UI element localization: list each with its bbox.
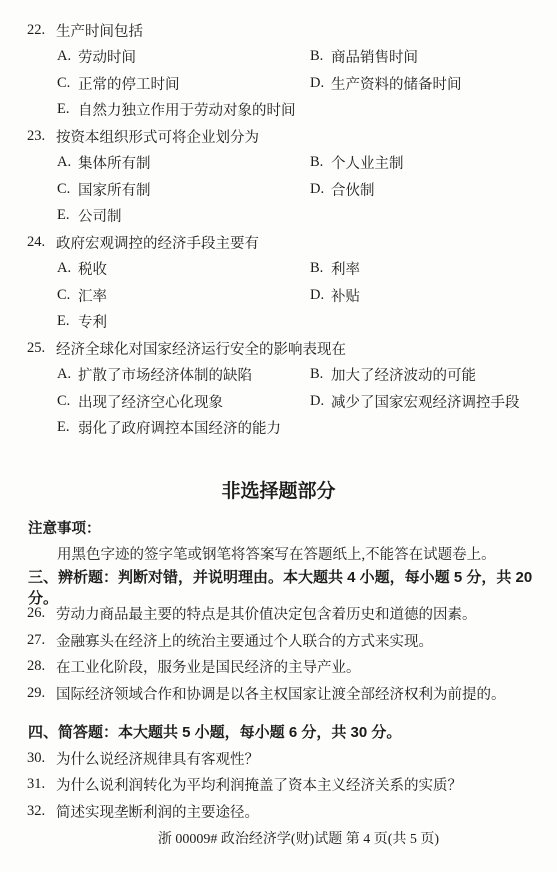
option: D.补贴 xyxy=(310,282,557,309)
item-number: 31. xyxy=(27,776,56,793)
option: B.加大了经济波动的可能 xyxy=(310,362,557,389)
option-label: C. xyxy=(57,75,78,92)
option-text: 弱化了政府调控本国经济的能力 xyxy=(78,417,281,438)
item-number: 30. xyxy=(27,750,56,767)
option-text: 扩散了市场经济体制的缺陷 xyxy=(78,364,252,385)
option: B.个人业主制 xyxy=(310,150,557,177)
item-29: 29.国际经济领域合作和协调是以各主权国家让渡全部经济权利为前提的。 xyxy=(0,680,557,707)
option: A.劳动时间 xyxy=(57,44,310,71)
option-text: 专利 xyxy=(78,311,107,332)
option-text: 商品销售时间 xyxy=(331,46,418,67)
item-27: 27.金融寡头在经济上的统治主要通过个人联合的方式来实现。 xyxy=(0,627,557,654)
item-text: 劳动力商品最主要的特点是其价值决定包含着历史和道德的因素。 xyxy=(56,603,477,624)
item-text: 为什么说经济规律具有客观性？ xyxy=(56,748,259,769)
option-text: 出现了经济空心化现象 xyxy=(78,391,223,412)
option-label: D. xyxy=(310,393,331,410)
option: A.税收 xyxy=(57,256,310,283)
question-number: 25. xyxy=(27,340,56,357)
option-label: D. xyxy=(310,287,331,304)
option-text: 利率 xyxy=(331,258,360,279)
item-30: 30.为什么说经济规律具有客观性？ xyxy=(0,745,557,772)
question-stem: 政府宏观调控的经济手段主要有 xyxy=(56,232,259,253)
option-label: A. xyxy=(57,154,78,171)
option-text: 正常的停工时间 xyxy=(78,73,180,94)
item-28: 28.在工业化阶段，服务业是国民经济的主导产业。 xyxy=(0,654,557,681)
item-number: 29. xyxy=(27,685,56,702)
question-25: 25. 经济全球化对国家经济运行安全的影响表现在 A.扩散了市场经济体制的缺陷 … xyxy=(0,335,557,441)
part4-heading: 四、简答题：本大题共 5 小题，每小题 6 分，共 30 分。 xyxy=(0,719,557,746)
option-text: 集体所有制 xyxy=(78,152,151,173)
option-label: E. xyxy=(57,313,78,330)
page-footer: 浙 00009# 政治经济学(财)试题 第 4 页(共 5 页) xyxy=(0,825,557,852)
options-grid: A.扩散了市场经济体制的缺陷 B.加大了经济波动的可能 C.出现了经济空心化现象… xyxy=(0,362,557,442)
option: C.出现了经济空心化现象 xyxy=(57,388,310,415)
option: E.自然力独立作用于劳动对象的时间 xyxy=(57,97,310,124)
option-label: E. xyxy=(57,101,78,118)
option-label: A. xyxy=(57,260,78,277)
option-text: 加大了经济波动的可能 xyxy=(331,364,476,385)
option-label: C. xyxy=(57,287,78,304)
option-label: D. xyxy=(310,181,331,198)
option-text: 税收 xyxy=(78,258,107,279)
question-stem-row: 25. 经济全球化对国家经济运行安全的影响表现在 xyxy=(0,335,557,362)
question-stem-row: 24. 政府宏观调控的经济手段主要有 xyxy=(0,229,557,256)
question-22: 22. 生产时间包括 A.劳动时间 B.商品销售时间 C.正常的停工时间 D.生… xyxy=(0,17,557,123)
option-label: B. xyxy=(310,48,331,65)
option-text: 个人业主制 xyxy=(331,152,404,173)
item-number: 26. xyxy=(27,605,56,622)
option: A.集体所有制 xyxy=(57,150,310,177)
question-number: 24. xyxy=(27,234,56,251)
option-label: A. xyxy=(57,48,78,65)
question-number: 23. xyxy=(27,128,56,145)
item-number: 28. xyxy=(27,658,56,675)
option: C.国家所有制 xyxy=(57,176,310,203)
notice-text: 用黑色字迹的签字笔或钢笔将答案写在答题纸上,不能答在试题卷上。 xyxy=(0,541,557,568)
item-text: 在工业化阶段，服务业是国民经济的主导产业。 xyxy=(56,656,361,677)
question-stem-row: 23. 按资本组织形式可将企业划分为 xyxy=(0,123,557,150)
option-label: B. xyxy=(310,366,331,383)
question-stem: 经济全球化对国家经济运行安全的影响表现在 xyxy=(56,338,346,359)
option-text: 生产资料的储备时间 xyxy=(331,73,462,94)
options-grid: A.集体所有制 B.个人业主制 C.国家所有制 D.合伙制 E.公司制 xyxy=(0,150,557,230)
question-stem: 按资本组织形式可将企业划分为 xyxy=(56,126,259,147)
option: D.减少了国家宏观经济调控手段 xyxy=(310,388,557,415)
option-label: C. xyxy=(57,181,78,198)
option: C.正常的停工时间 xyxy=(57,70,310,97)
item-text: 简述实现垄断利润的主要途径。 xyxy=(56,801,259,822)
question-24: 24. 政府宏观调控的经济手段主要有 A.税收 B.利率 C.汇率 D.补贴 E… xyxy=(0,229,557,335)
item-text: 国际经济领域合作和协调是以各主权国家让渡全部经济权利为前提的。 xyxy=(56,683,506,704)
option-text: 自然力独立作用于劳动对象的时间 xyxy=(78,99,296,120)
option-text: 汇率 xyxy=(78,285,107,306)
item-32: 32.简述实现垄断利润的主要途径。 xyxy=(0,798,557,825)
item-31: 31.为什么说利润转化为平均利润掩盖了资本主义经济关系的实质？ xyxy=(0,772,557,799)
notice-title: 注意事项： xyxy=(0,514,557,541)
item-text: 为什么说利润转化为平均利润掩盖了资本主义经济关系的实质？ xyxy=(56,774,462,795)
option-text: 劳动时间 xyxy=(78,46,136,67)
option: C.汇率 xyxy=(57,282,310,309)
question-23: 23. 按资本组织形式可将企业划分为 A.集体所有制 B.个人业主制 C.国家所… xyxy=(0,123,557,229)
option: B.利率 xyxy=(310,256,557,283)
item-text: 金融寡头在经济上的统治主要通过个人联合的方式来实现。 xyxy=(56,630,433,651)
part3-heading: 三、辨析题：判断对错，并说明理由。本大题共 4 小题，每小题 5 分，共 20 … xyxy=(0,574,557,601)
option-label: B. xyxy=(310,154,331,171)
question-stem: 生产时间包括 xyxy=(56,20,143,41)
option: E.专利 xyxy=(57,309,310,336)
section-heading: 非选择题部分 xyxy=(0,477,557,507)
option: E.弱化了政府调控本国经济的能力 xyxy=(57,415,310,442)
exam-page: 22. 生产时间包括 A.劳动时间 B.商品销售时间 C.正常的停工时间 D.生… xyxy=(0,0,557,872)
item-number: 27. xyxy=(27,632,56,649)
option-label: E. xyxy=(57,207,78,224)
options-grid: A.税收 B.利率 C.汇率 D.补贴 E.专利 xyxy=(0,256,557,336)
option-label: B. xyxy=(310,260,331,277)
option-label: E. xyxy=(57,419,78,436)
item-26: 26.劳动力商品最主要的特点是其价值决定包含着历史和道德的因素。 xyxy=(0,601,557,628)
option-text: 合伙制 xyxy=(331,179,375,200)
option: D.合伙制 xyxy=(310,176,557,203)
options-grid: A.劳动时间 B.商品销售时间 C.正常的停工时间 D.生产资料的储备时间 E.… xyxy=(0,44,557,124)
option: A.扩散了市场经济体制的缺陷 xyxy=(57,362,310,389)
option-label: A. xyxy=(57,366,78,383)
option: B.商品销售时间 xyxy=(310,44,557,71)
option-text: 国家所有制 xyxy=(78,179,151,200)
question-stem-row: 22. 生产时间包括 xyxy=(0,17,557,44)
question-number: 22. xyxy=(27,22,56,39)
option-text: 公司制 xyxy=(78,205,122,226)
option-label: D. xyxy=(310,75,331,92)
option: E.公司制 xyxy=(57,203,310,230)
item-number: 32. xyxy=(27,803,56,820)
option-label: C. xyxy=(57,393,78,410)
option-text: 减少了国家宏观经济调控手段 xyxy=(331,391,520,412)
option-text: 补贴 xyxy=(331,285,360,306)
option: D.生产资料的储备时间 xyxy=(310,70,557,97)
